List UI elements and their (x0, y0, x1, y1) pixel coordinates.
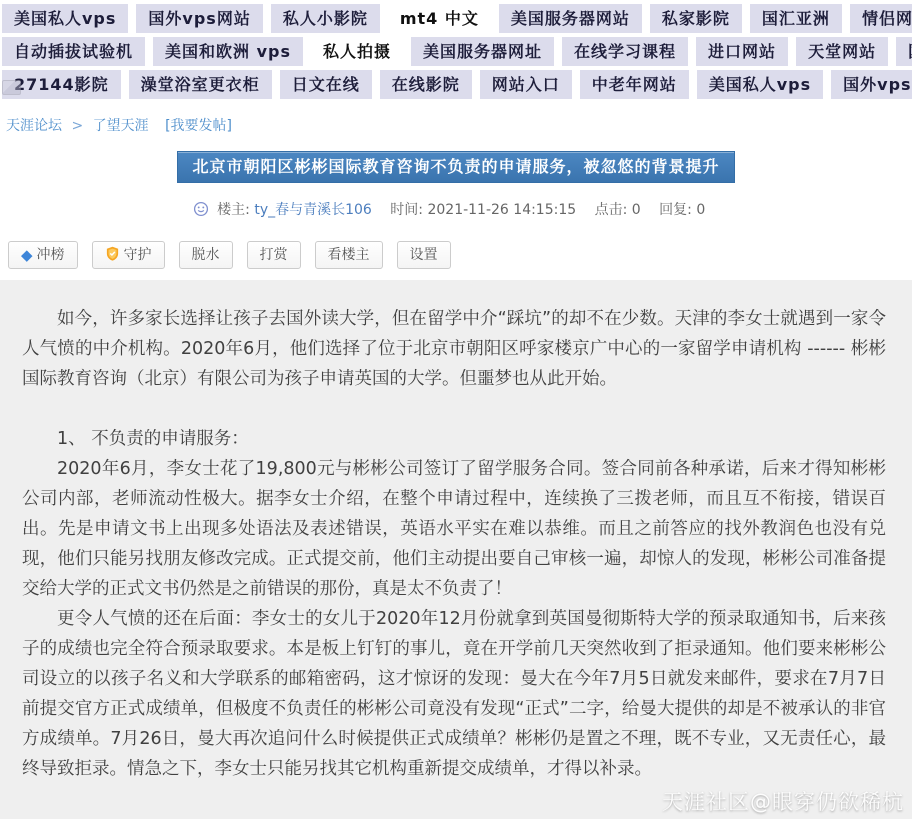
author-link[interactable]: ty_春与青溪长106 (254, 202, 372, 218)
nav-link[interactable]: 国外服务器网站 (896, 37, 912, 66)
nav-link[interactable]: 美国私人vps (697, 70, 823, 99)
nav-link[interactable]: 日文在线 (280, 70, 372, 99)
smiley-icon (193, 205, 209, 221)
clicks-group: 点击: 0 (595, 202, 641, 218)
author-label: 楼主: (217, 202, 250, 218)
nav-link[interactable]: 国汇亚洲 (750, 4, 842, 33)
breadcrumb-board-link[interactable]: 了望天涯 (93, 118, 149, 134)
watermark-text: 天涯社区@眼穿仍欲稀杭 (662, 787, 904, 817)
action-button-label: 冲榜 (37, 243, 65, 267)
breadcrumb-forum-link[interactable]: 天涯论坛 (6, 118, 62, 134)
time-label: 时间: (390, 202, 423, 218)
clicks-label: 点击: (595, 202, 628, 218)
action-button-守护[interactable]: 守护 (92, 241, 165, 269)
nav-link[interactable]: 美国和欧洲 vps (153, 37, 303, 66)
post-meta: 楼主: ty_春与青溪长106 时间: 2021-11-26 14:15:15 … (0, 199, 912, 221)
nav-link[interactable]: 私人小影院 (271, 4, 380, 33)
nav-link[interactable]: 美国私人vps (2, 4, 128, 33)
page: 美国私人vps国外vps网站私人小影院mt4 中文美国服务器网站私家影院国汇亚洲… (0, 0, 912, 819)
nav-link[interactable]: 国外vps网站 (831, 70, 912, 99)
nav-link[interactable]: 美国服务器网站 (499, 4, 642, 33)
nav-link[interactable]: 网站入口 (480, 70, 572, 99)
nav-link[interactable]: 私家影院 (650, 4, 742, 33)
action-button-冲榜[interactable]: ◆冲榜 (8, 241, 78, 269)
content-paragraph: 更令人气愤的还在后面：李女士的女儿于2020年12月份就拿到英国曼彻斯特大学的预… (22, 604, 886, 784)
action-button-label: 看楼主 (328, 243, 370, 267)
nav-link[interactable]: 天堂网站 (796, 37, 888, 66)
nav-link[interactable]: 私人拍摄 (311, 37, 403, 66)
top-nav: 美国私人vps国外vps网站私人小影院mt4 中文美国服务器网站私家影院国汇亚洲… (0, 0, 912, 99)
nav-link[interactable]: 中老年网站 (580, 70, 689, 99)
image-watermark-icon (2, 80, 21, 95)
nav-link[interactable]: 美国服务器网址 (411, 37, 554, 66)
time-group: 时间: 2021-11-26 14:15:15 (390, 202, 576, 218)
post-title: 北京市朝阳区彬彬国际教育咨询不负责的申请服务，被忽悠的背景提升 (192, 157, 719, 176)
action-button-label: 守护 (124, 243, 152, 267)
clicks-value: 0 (632, 202, 641, 218)
nav-row: 27144影院澡堂浴室更衣柜日文在线在线影院网站入口中老年网站美国私人vps国外… (0, 70, 912, 99)
replies-label: 回复: (659, 202, 692, 218)
action-button-label: 设置 (410, 243, 438, 267)
action-button-看楼主[interactable]: 看楼主 (315, 241, 383, 269)
post-body: 如今，许多家长选择让孩子去国外读大学，但在留学中介“踩坑”的却不在少数。天津的李… (22, 304, 886, 784)
shield-icon (105, 243, 120, 267)
author-label-group: 楼主: ty_春与青溪长106 (217, 202, 372, 218)
replies-value: 0 (696, 202, 705, 218)
nav-link[interactable]: mt4 中文 (388, 4, 491, 33)
nav-link[interactable]: 自动插拔试验机 (2, 37, 145, 66)
breadcrumb: 天涯论坛 > 了望天涯 [我要发帖] (0, 103, 912, 141)
diamond-icon: ◆ (21, 248, 33, 263)
replies-group: 回复: 0 (659, 202, 705, 218)
action-bar: ◆冲榜守护脱水打赏看楼主设置 (8, 241, 912, 269)
nav-row: 美国私人vps国外vps网站私人小影院mt4 中文美国服务器网站私家影院国汇亚洲… (0, 4, 912, 33)
action-button-打赏[interactable]: 打赏 (247, 241, 301, 269)
nav-link[interactable]: 国外vps网站 (136, 4, 262, 33)
action-button-label: 脱水 (192, 243, 220, 267)
post-time: 2021-11-26 14:15:15 (427, 202, 576, 218)
content-paragraph: 如今，许多家长选择让孩子去国外读大学，但在留学中介“踩坑”的却不在少数。天津的李… (22, 304, 886, 394)
new-post-link[interactable]: [我要发帖] (165, 118, 232, 134)
post-title-banner: 北京市朝阳区彬彬国际教育咨询不负责的申请服务，被忽悠的背景提升 (177, 151, 734, 183)
post-content: 如今，许多家长选择让孩子去国外读大学，但在留学中介“踩坑”的却不在少数。天津的李… (0, 280, 912, 819)
breadcrumb-separator: > (71, 118, 83, 134)
nav-link[interactable]: 在线学习课程 (562, 37, 688, 66)
action-button-脱水[interactable]: 脱水 (179, 241, 233, 269)
content-paragraph: 2020年6月，李女士花了19,800元与彬彬公司签订了留学服务合同。签合同前各… (22, 454, 886, 604)
nav-link[interactable]: 情侣网站 (850, 4, 912, 33)
nav-row: 自动插拔试验机美国和欧洲 vps私人拍摄美国服务器网址在线学习课程进口网站天堂网… (0, 37, 912, 66)
content-paragraph: 1、 不负责的申请服务： (22, 424, 886, 454)
nav-link[interactable]: 进口网站 (696, 37, 788, 66)
nav-link[interactable]: 在线影院 (380, 70, 472, 99)
action-button-label: 打赏 (260, 243, 288, 267)
action-button-设置[interactable]: 设置 (397, 241, 451, 269)
nav-link[interactable]: 澡堂浴室更衣柜 (129, 70, 272, 99)
